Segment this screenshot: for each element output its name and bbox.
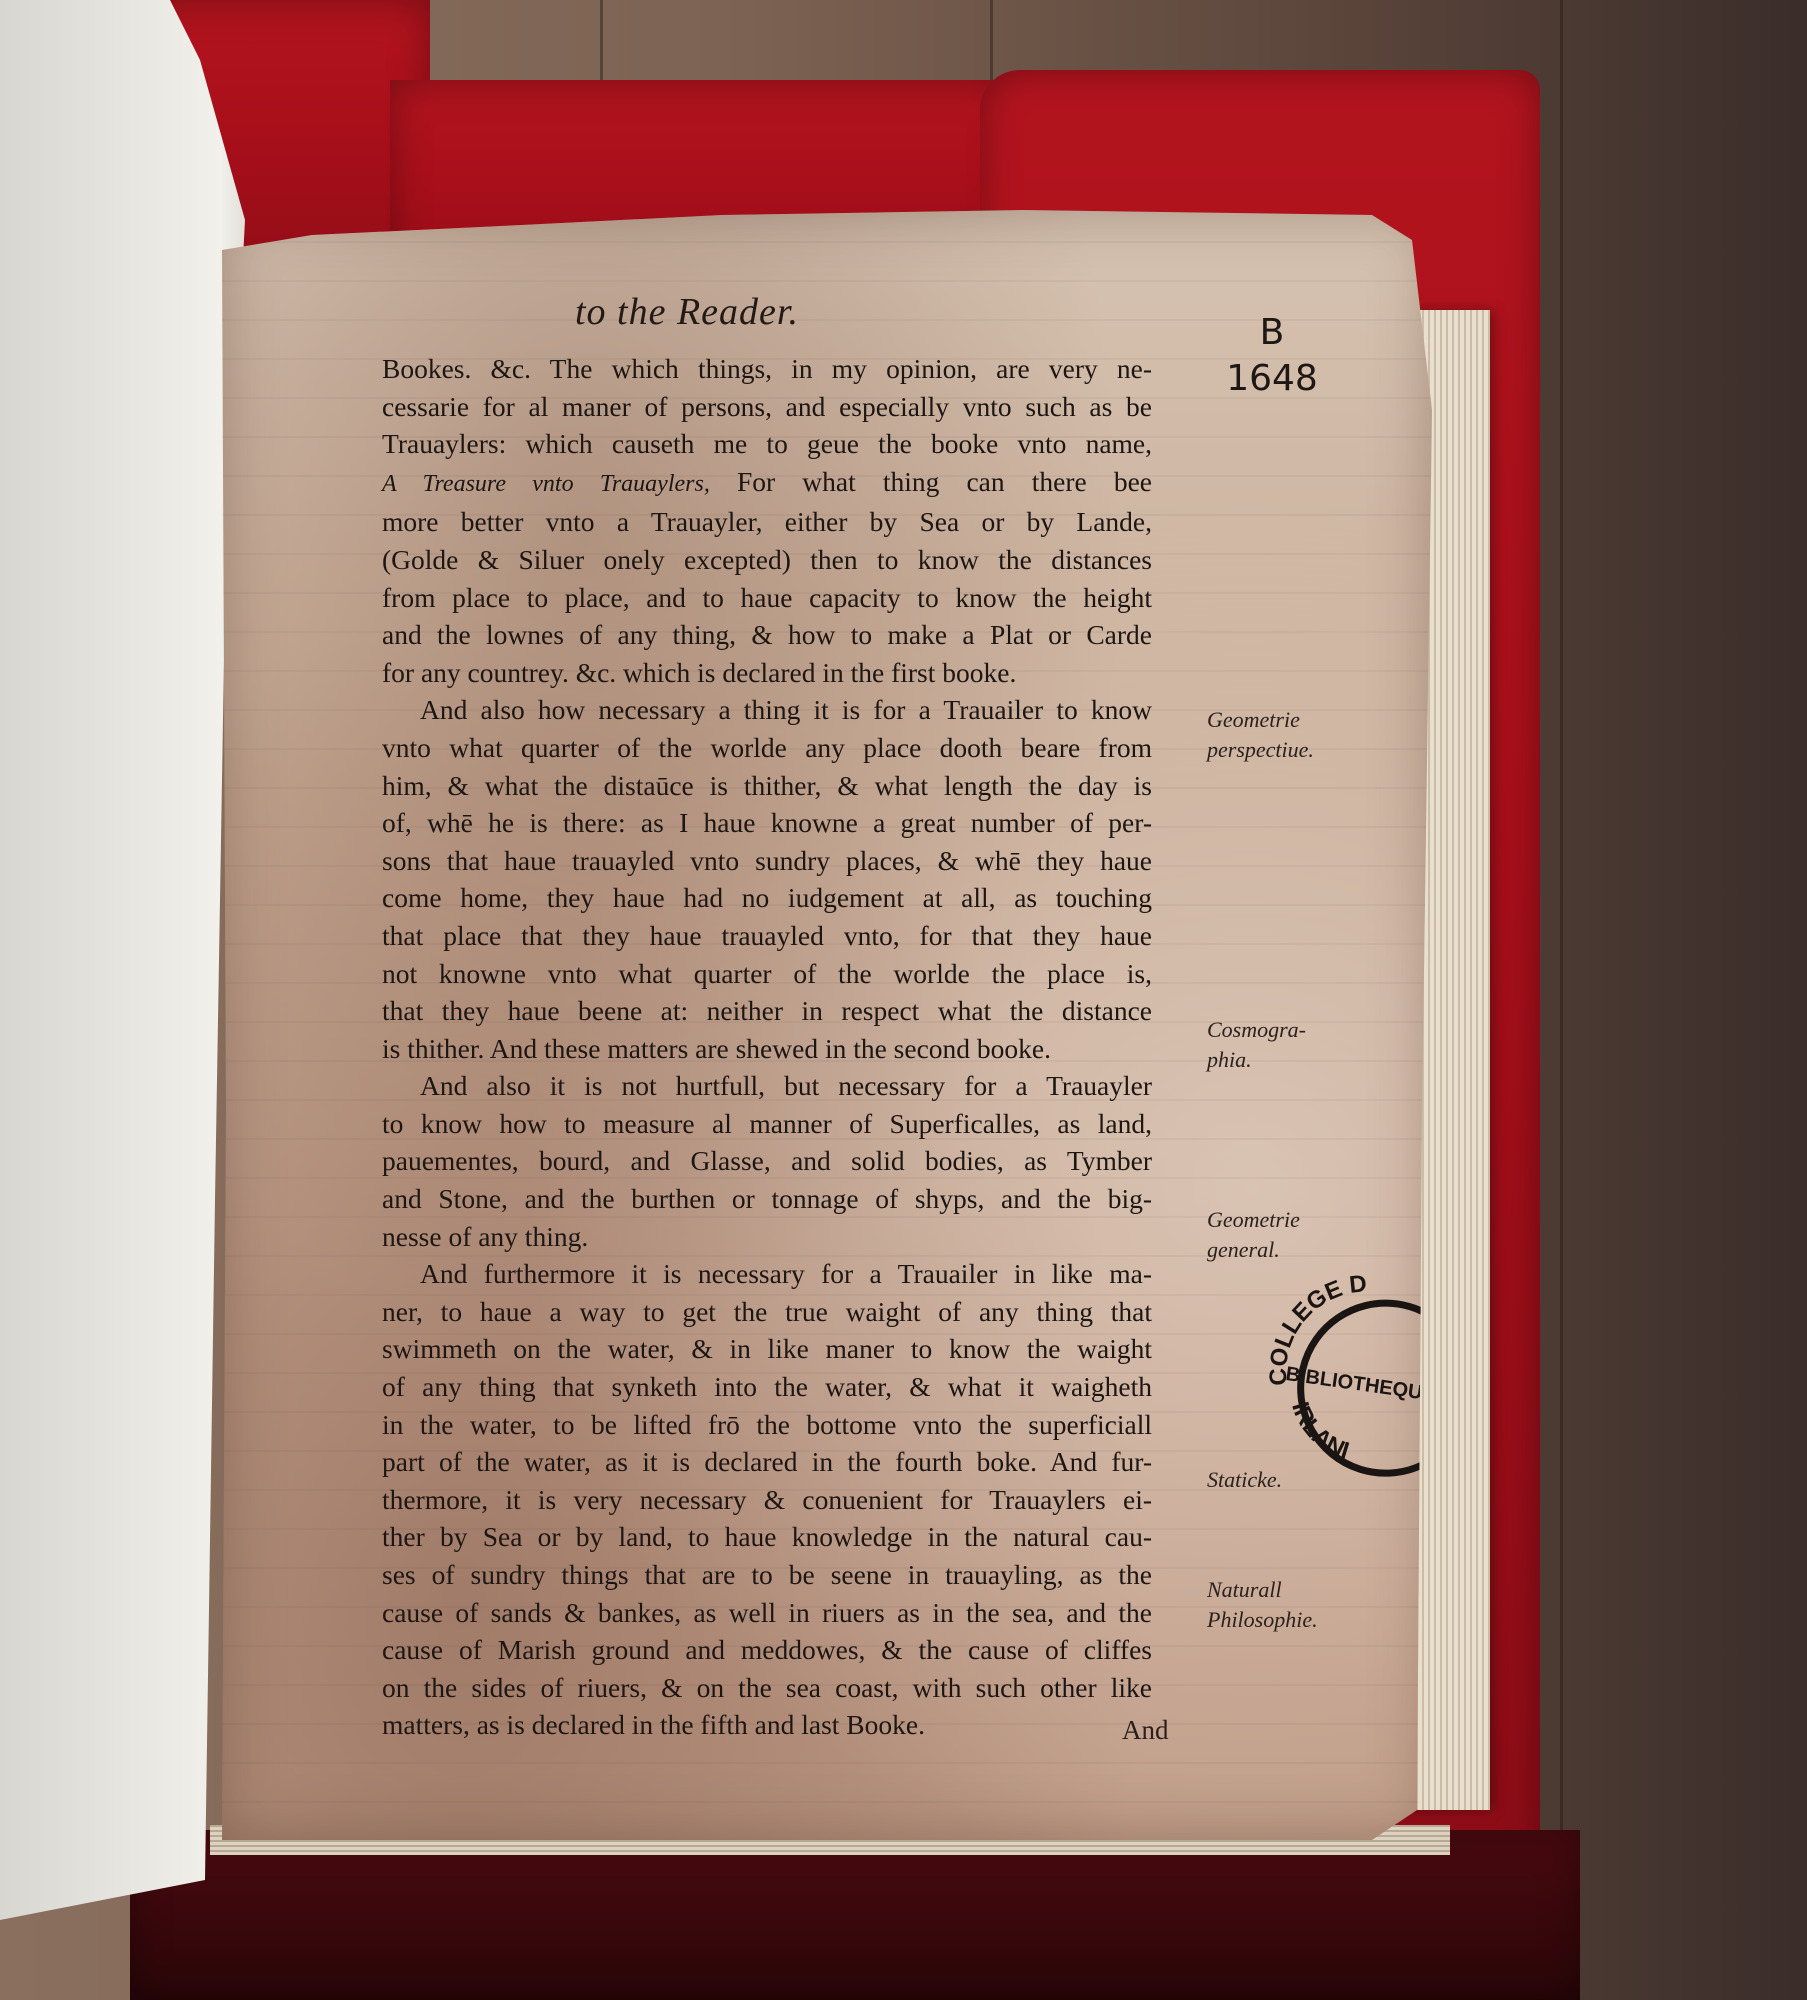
text-line: vnto what quarter of the worlde any plac… (382, 729, 1152, 767)
text-line: him, & what the distaūce is thither, & w… (382, 767, 1152, 805)
red-cloth (130, 1830, 1580, 2000)
text-line: ses of sundry things that are to be seen… (382, 1556, 1152, 1594)
text-line: that they haue beene at: neither in resp… (382, 992, 1152, 1030)
text-line: Bookes. &c. The which things, in my opin… (382, 350, 1152, 388)
text-line: matters, as is declared in the fifth and… (382, 1706, 1152, 1744)
marginal-note: Geometrie perspectiue. (1207, 705, 1314, 765)
text-line: thermore, it is very necessary & conueni… (382, 1481, 1152, 1519)
text-line: pauementes, bourd, and Glasse, and solid… (382, 1142, 1152, 1180)
text-line: And furthermore it is necessary for a Tr… (382, 1255, 1152, 1293)
text-line: not knowne vnto what quarter of the worl… (382, 955, 1152, 993)
text-line: A Treasure vnto Trauaylers, For what thi… (382, 463, 1152, 504)
shelfmark-letter: B (1207, 310, 1337, 356)
shelfmark-number: 1648 (1207, 356, 1337, 402)
text-line: sons that haue trauayled vnto sundry pla… (382, 842, 1152, 880)
text-line: swimmeth on the water, & in like maner t… (382, 1330, 1152, 1368)
text-line: that place that they haue trauayled vnto… (382, 917, 1152, 955)
svg-text:BIBLIOTHEQU: BIBLIOTHEQU (1284, 1363, 1424, 1404)
text-line: for any countrey. &c. which is declared … (382, 654, 1152, 692)
catchword: And (1122, 1715, 1169, 1746)
text-line: is thither. And these matters are shewed… (382, 1030, 1152, 1068)
text-line: And also how necessary a thing it is for… (382, 691, 1152, 729)
text-line: ther by Sea or by land, to haue knowledg… (382, 1518, 1152, 1556)
text-line: (Golde & Siluer onely excepted) then to … (382, 541, 1152, 579)
text-line: come home, they haue had no iudgement at… (382, 879, 1152, 917)
left-blank-page (0, 0, 260, 1920)
text-line: And also it is not hurtfull, but necessa… (382, 1067, 1152, 1105)
text-line: Trauaylers: which causeth me to geue the… (382, 425, 1152, 463)
text-line: and Stone, and the burthen or tonnage of… (382, 1180, 1152, 1218)
text-line: more better vnto a Trauayler, either by … (382, 503, 1152, 541)
text-line: ner, to haue a way to get the true waigh… (382, 1293, 1152, 1331)
italic-title: A Treasure vnto Trauaylers, (382, 471, 710, 497)
text-line: from place to place, and to haue capacit… (382, 579, 1152, 617)
text-line: on the sides of riuers, & on the sea coa… (382, 1669, 1152, 1707)
text-line: and the lownes of any thing, & how to ma… (382, 616, 1152, 654)
text-line: nesse of any thing. (382, 1218, 1152, 1256)
text-line: to know how to measure al manner of Supe… (382, 1105, 1152, 1143)
wood-plank (1560, 0, 1563, 2000)
body-text: Bookes. &c. The which things, in my opin… (382, 350, 1152, 1744)
svg-text:IRLANI: IRLANI (1286, 1399, 1352, 1465)
text-line: part of the water, as it is declared in … (382, 1443, 1152, 1481)
text-line: cause of Marish ground and meddowes, & t… (382, 1631, 1152, 1669)
marginal-note: Naturall Philosophie. (1207, 1575, 1318, 1635)
text-line: cause of sands & bankes, as well in riue… (382, 1594, 1152, 1632)
marginal-note: Cosmogra- phia. (1207, 1015, 1306, 1075)
text-line: of any thing that synketh into the water… (382, 1368, 1152, 1406)
marginal-note: Geometrie general. (1207, 1205, 1300, 1265)
text-line: of, whē he is there: as I haue knowne a … (382, 804, 1152, 842)
text-line: cessarie for al maner of persons, and es… (382, 388, 1152, 426)
printed-page: to the Reader. B 1648 Bookes. &c. The wh… (222, 210, 1432, 1840)
text-line: in the water, to be lifted frō the botto… (382, 1406, 1152, 1444)
shelfmark: B 1648 (1207, 310, 1337, 402)
